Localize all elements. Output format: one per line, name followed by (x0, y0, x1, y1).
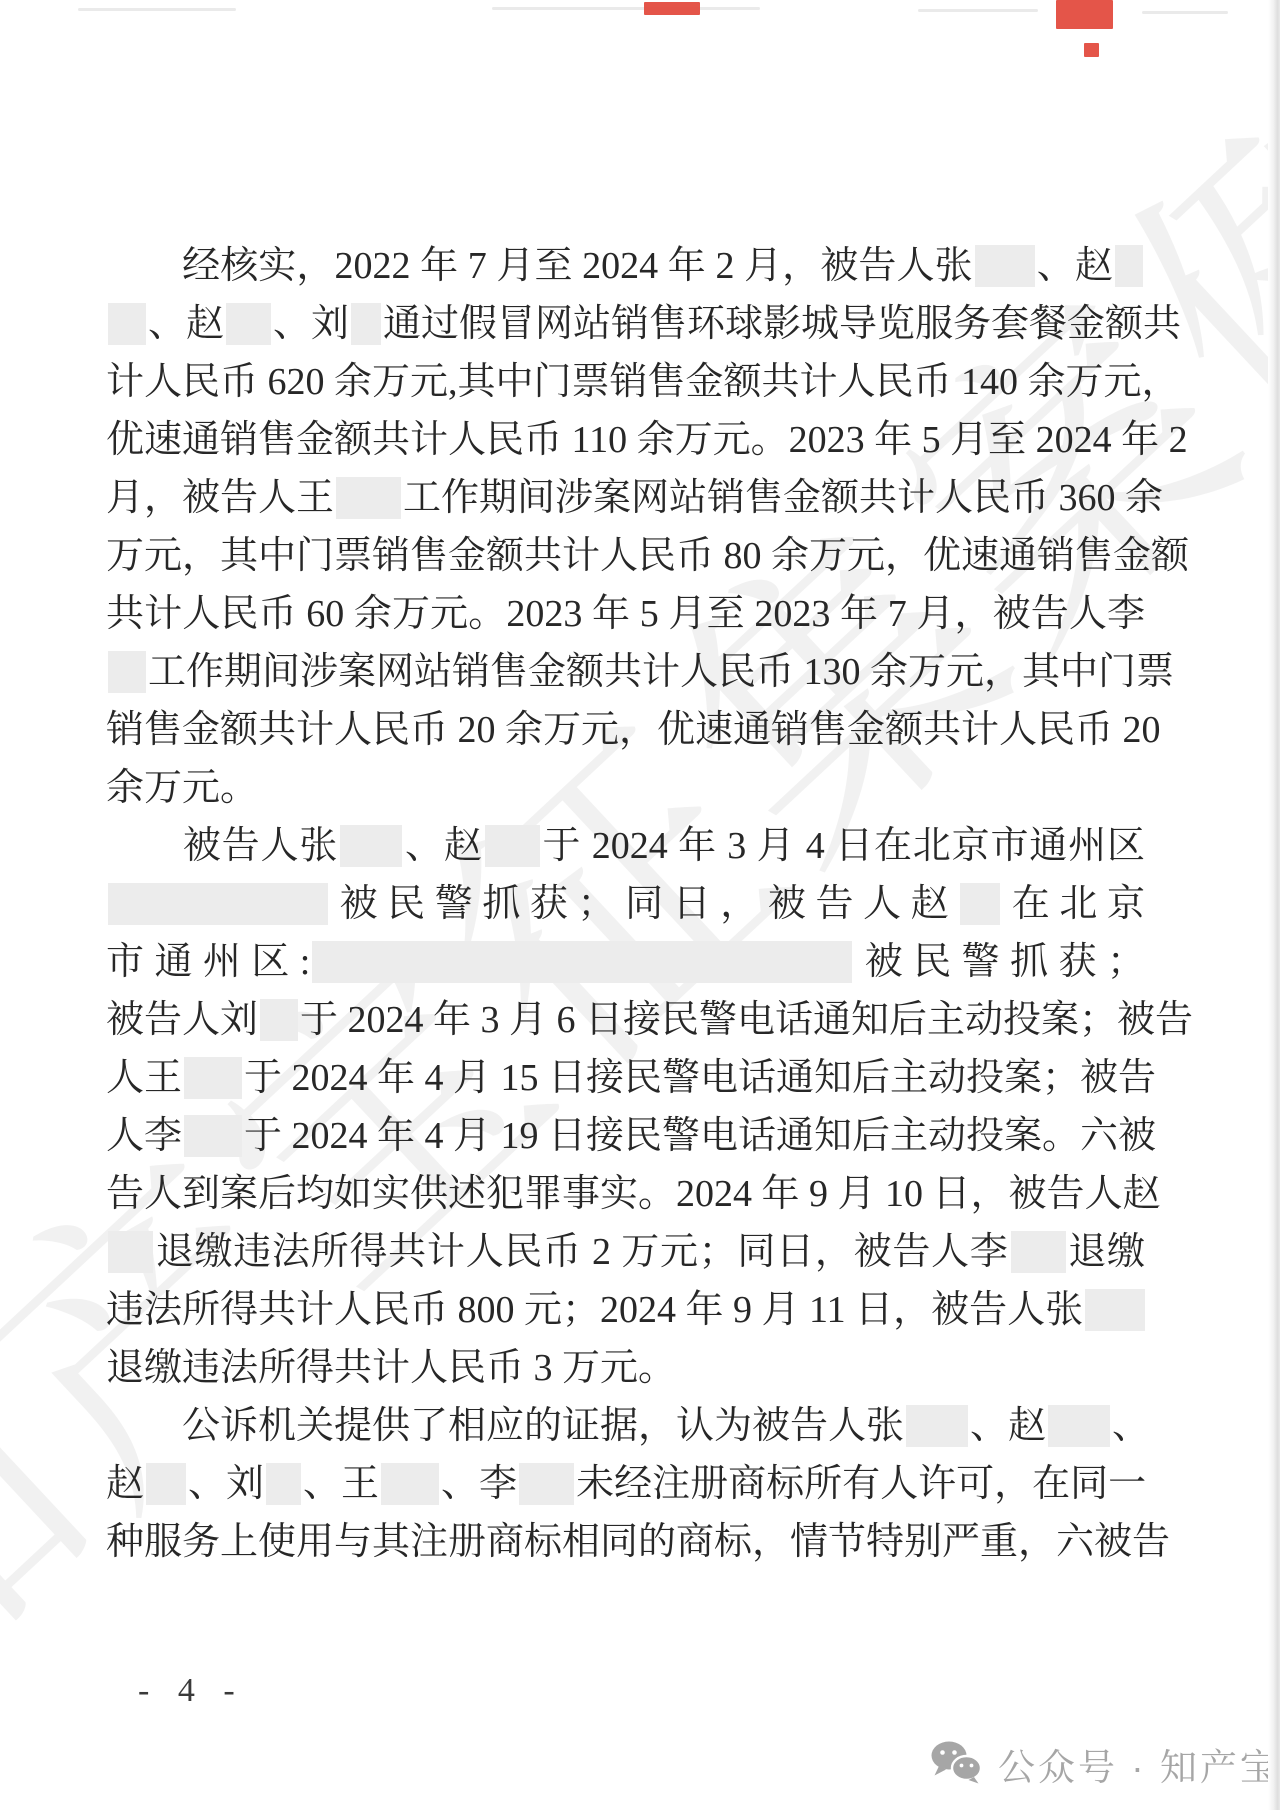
text-segment: 人李 (106, 1115, 182, 1157)
redaction-box (351, 303, 381, 345)
text-segment: 被告人刘 (106, 999, 258, 1041)
text-segment: 违法所得共计人民币 800 元；2024 年 9 月 11 日，被告人张 (106, 1289, 1083, 1331)
redaction-box (906, 1405, 968, 1447)
text-segment: 公诉机关提供了相应的证据，认为被告人张 (182, 1405, 904, 1447)
redaction-box (184, 1115, 242, 1157)
text-segment: 种服务上使用与其注册商标相同的商标，情节特别严重，六被告 (106, 1521, 1170, 1563)
text-line: 万元，其中门票销售金额共计人民币 80 余万元，优速通销售金额 (106, 527, 1145, 585)
text-segment: 于 2024 年 4 月 19 日接民警电话通知后主动投案。六被 (244, 1115, 1156, 1157)
scan-artifact (918, 9, 1038, 12)
red-seal-mark (1056, 0, 1113, 29)
text-segment: 在北京 (1002, 883, 1145, 925)
redaction-box (1085, 1289, 1145, 1331)
text-line: 市通州区:被民警抓获； (106, 933, 1145, 991)
text-segment: 余万元。 (106, 767, 258, 809)
text-segment: 销售金额共计人民币 20 余万元，优速通销售金额共计人民币 20 (106, 709, 1161, 751)
text-line: 月，被告人王工作期间涉案网站销售金额共计人民币 360 余 (106, 469, 1145, 527)
text-line: 被民警抓获；同日，被告人赵在北京 (106, 875, 1145, 933)
text-line: 销售金额共计人民币 20 余万元，优速通销售金额共计人民币 20 (106, 701, 1145, 759)
redaction-box (108, 1231, 153, 1273)
redaction-box (108, 651, 146, 693)
document-lines: 经核实，2022 年 7 月至 2024 年 2 月，被告人张、赵、赵、刘通过假… (106, 237, 1145, 1571)
redaction-box (485, 825, 540, 867)
text-segment: 、赵 (970, 1405, 1046, 1447)
text-line: 违法所得共计人民币 800 元；2024 年 9 月 11 日，被告人张 (106, 1281, 1145, 1339)
text-line: 经核实，2022 年 7 月至 2024 年 2 月，被告人张、赵 (106, 237, 1145, 295)
text-segment: 、赵 (1037, 245, 1113, 287)
text-segment: 经核实，2022 年 7 月至 2024 年 2 月，被告人张 (182, 245, 973, 287)
text-segment: 、王 (303, 1463, 379, 1505)
text-line: 被告人张、赵于 2024 年 3 月 4 日在北京市通州区 (106, 817, 1145, 875)
text-segment: 工作期间涉案网站销售金额共计人民币 130 余万元，其中门票 (148, 651, 1174, 693)
redaction-box (960, 883, 1000, 925)
text-segment: 被民警抓获；同日，被告人赵 (330, 883, 958, 925)
text-segment: 退缴 (1068, 1231, 1145, 1273)
text-segment: 、赵 (404, 825, 483, 867)
redaction-box (108, 883, 328, 925)
text-line: 工作期间涉案网站销售金额共计人民币 130 余万元，其中门票 (106, 643, 1145, 701)
redaction-box (975, 245, 1035, 287)
text-line: 共计人民币 60 余万元。2023 年 5 月至 2023 年 7 月，被告人李 (106, 585, 1145, 643)
text-segment: 共计人民币 60 余万元。2023 年 5 月至 2023 年 7 月，被告人李 (106, 593, 1145, 635)
redaction-box (312, 941, 852, 983)
text-line: 优速通销售金额共计人民币 110 余万元。2023 年 5 月至 2024 年 … (106, 411, 1145, 469)
footer: 公众号 · 知产宝 (930, 1737, 1280, 1791)
text-segment: 市通州区: (106, 941, 310, 983)
text-segment: 退缴违法所得共计人民币 2 万元；同日，被告人李 (155, 1231, 1009, 1273)
redaction-box (184, 1057, 242, 1099)
text-segment: 月，被告人王 (106, 477, 334, 519)
text-line: 人王于 2024 年 4 月 15 日接民警电话通知后主动投案；被告 (106, 1049, 1145, 1107)
text-line: 、赵、刘通过假冒网站销售环球影城导览服务套餐金额共 (106, 295, 1145, 353)
text-segment: 、刘 (188, 1463, 264, 1505)
page-number: - 4 - (138, 1672, 242, 1710)
text-segment: 优速通销售金额共计人民币 110 余万元。2023 年 5 月至 2024 年 … (106, 419, 1188, 461)
scanned-court-document-page: 知产宝征集案例 经核实，2022 年 7 月至 2024 年 2 月，被告人张、… (0, 0, 1280, 1810)
text-line: 赵、刘、王、李未经注册商标所有人许可，在同一 (106, 1455, 1145, 1513)
redaction-box (381, 1463, 439, 1505)
text-segment: 、李 (441, 1463, 517, 1505)
redaction-box (340, 825, 402, 867)
text-segment: 于 2024 年 3 月 4 日在北京市通州区 (542, 825, 1145, 867)
text-segment: 于 2024 年 4 月 15 日接民警电话通知后主动投案；被告 (244, 1057, 1156, 1099)
text-segment: 、 (1112, 1405, 1150, 1447)
wechat-icon (930, 1740, 984, 1789)
text-line: 余万元。 (106, 759, 1145, 817)
text-segment: 计人民币 620 余万元,其中门票销售金额共计人民币 140 余万元， (106, 361, 1180, 403)
redaction-box (108, 303, 146, 345)
redaction-box (1048, 1405, 1110, 1447)
redaction-box (519, 1463, 574, 1505)
text-segment: 退缴违法所得共计人民币 3 万元。 (106, 1347, 676, 1389)
text-segment: 工作期间涉案网站销售金额共计人民币 360 余 (403, 477, 1163, 519)
red-seal-mark (1084, 43, 1099, 57)
text-line: 公诉机关提供了相应的证据，认为被告人张、赵、 (106, 1397, 1145, 1455)
text-line: 人李于 2024 年 4 月 19 日接民警电话通知后主动投案。六被 (106, 1107, 1145, 1165)
redaction-box (1011, 1231, 1066, 1273)
text-segment: 未经注册商标所有人许可，在同一 (576, 1463, 1146, 1505)
red-seal-mark (644, 2, 700, 15)
text-segment: 告人到案后均如实供述犯罪事实。2024 年 9 月 10 日，被告人赵 (106, 1173, 1161, 1215)
text-segment: 通过假冒网站销售环球影城导览服务套餐金额共 (383, 303, 1181, 345)
redaction-box (1115, 245, 1143, 287)
redaction-box (260, 999, 298, 1041)
text-line: 种服务上使用与其注册商标相同的商标，情节特别严重，六被告 (106, 1513, 1145, 1571)
text-segment: 被民警抓获； (854, 941, 1145, 983)
text-segment: 、赵 (148, 303, 224, 345)
footer-account-label: 公众号 · 知产宝 (998, 1737, 1280, 1791)
scan-edge-shadow (1268, 0, 1280, 1810)
redaction-box (266, 1463, 301, 1505)
text-segment: 于 2024 年 3 月 6 日接民警电话通知后主动投案；被告 (300, 999, 1193, 1041)
text-segment: 万元，其中门票销售金额共计人民币 80 余万元，优速通销售金额 (106, 535, 1189, 577)
scan-artifact (78, 8, 236, 11)
scan-artifact (492, 7, 760, 10)
text-line: 计人民币 620 余万元,其中门票销售金额共计人民币 140 余万元， (106, 353, 1145, 411)
text-line: 告人到案后均如实供述犯罪事实。2024 年 9 月 10 日，被告人赵 (106, 1165, 1145, 1223)
redaction-box (336, 477, 401, 519)
text-segment: 人王 (106, 1057, 182, 1099)
redaction-box (226, 303, 271, 345)
scan-artifact (1142, 11, 1228, 14)
text-line: 被告人刘于 2024 年 3 月 6 日接民警电话通知后主动投案；被告 (106, 991, 1145, 1049)
text-segment: 赵 (106, 1463, 144, 1505)
text-segment: 被告人张 (182, 825, 338, 867)
text-segment: 、刘 (273, 303, 349, 345)
text-line: 退缴违法所得共计人民币 3 万元。 (106, 1339, 1145, 1397)
redaction-box (146, 1463, 186, 1505)
text-line: 退缴违法所得共计人民币 2 万元；同日，被告人李退缴 (106, 1223, 1145, 1281)
